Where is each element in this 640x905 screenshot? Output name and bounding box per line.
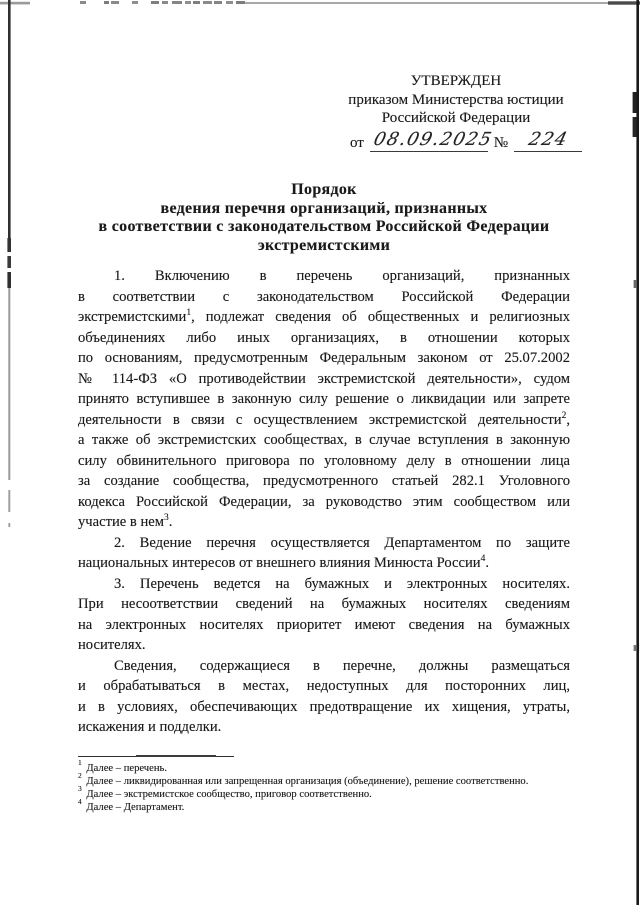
text-line: по основаниям, предусмотренным Федеральн… [78,348,570,369]
text-line: При несоответствии сведений на бумажных … [78,594,570,615]
left-edge-scan-line [0,0,14,905]
footnote: 3 Далее – экстремистское сообщество, при… [78,788,578,801]
footnote: 4 Далее – Департамент. [78,801,578,814]
body-paragraph: Сведения, содержащиеся в перечне, должны… [78,656,570,738]
document-title: Порядокведения перечня организаций, приз… [78,181,570,256]
body-paragraph: 2. Ведение перечня осуществляется Департ… [78,533,570,574]
top-edge-scan-line [0,0,640,10]
text-line: 3. Перечень ведется на бумажных и электр… [78,574,570,595]
text-line: принято вступившее в законную силу решен… [78,389,570,410]
footnote-separator [78,756,234,757]
date-prefix: от [350,134,364,153]
approval-line: Российской Федерации [330,109,582,128]
footnotes-section: 1 Далее – перечень.2 Далее – ликвидирова… [78,762,578,814]
text-line: искажения и подделки. [78,717,570,738]
handwritten-number-value: 224 [526,131,569,149]
text-line: носителях. [78,635,570,656]
text-line: объединениях либо иных организациях, в о… [78,328,570,349]
text-line: и обрабатываться в местах, недоступных д… [78,676,570,697]
text-line: национальных интересов от внешнего влиян… [78,553,570,574]
text-line: № 114-ФЗ «О противодействии экстремистск… [78,369,570,390]
footnote-marker: 2 [78,771,82,780]
text-line: на электронных носителях приоритет имеют… [78,615,570,636]
footnote-ref: 3 [164,513,169,523]
footnote-ref: 2 [562,411,567,421]
title-line: ведения перечня организаций, признанных [78,200,570,219]
text-line: за создание сообщества, предусмотренного… [78,471,570,492]
text-line: 1. Включению в перечень организаций, при… [78,266,570,287]
footnote-marker: 1 [78,758,82,767]
title-line: в соответствии с законодательством Росси… [78,218,570,237]
text-line: деятельности в связи с осуществлением эк… [78,410,570,431]
text-line: Сведения, содержащиеся в перечне, должны… [78,656,570,677]
footnote: 1 Далее – перечень. [78,762,578,775]
handwritten-number: 224 [514,131,582,153]
title-line: Порядок [78,181,570,200]
document-body: 1. Включению в перечень организаций, при… [78,266,570,738]
text-line: силу обвинительного приговора по уголовн… [78,451,570,472]
text-line: участие в нем3. [78,512,570,533]
text-line: в соответствии с законодательством Росси… [78,287,570,308]
handwritten-date: 08.09.2025 [370,131,488,153]
body-paragraph: 3. Перечень ведется на бумажных и электр… [78,574,570,656]
scanned-document-page: УТВЕРЖДЕНприказом Министерства юстицииРо… [0,0,640,905]
approval-line: приказом Министерства юстиции [330,91,582,110]
footnote-ref: 4 [481,554,486,564]
approval-line: УТВЕРЖДЕН [330,72,582,91]
text-line: экстремистскими1, подлежат сведения об о… [78,307,570,328]
text-line: и в условиях, обеспечивающих предотвраще… [78,697,570,718]
footnote-ref: 1 [186,308,191,318]
footnote-marker: 4 [78,797,82,806]
number-label: № [494,134,508,153]
right-edge-scan-line [630,0,640,905]
text-line: 2. Ведение перечня осуществляется Департ… [78,533,570,554]
text-line: кодекса Российской Федерации, за руковод… [78,492,570,513]
footnote-marker: 3 [78,784,82,793]
approval-block: УТВЕРЖДЕНприказом Министерства юстицииРо… [330,72,582,152]
order-date-number-line: от 08.09.2025 № 224 [350,131,582,153]
body-paragraph: 1. Включению в перечень организаций, при… [78,266,570,533]
handwritten-date-value: 08.09.2025 [372,131,495,149]
text-line: а также об экстремистских сообществах, в… [78,430,570,451]
footnote: 2 Далее – ликвидированная или запрещенна… [78,775,578,788]
title-line: экстремистскими [78,237,570,256]
approval-lines: УТВЕРЖДЕНприказом Министерства юстицииРо… [330,72,582,128]
